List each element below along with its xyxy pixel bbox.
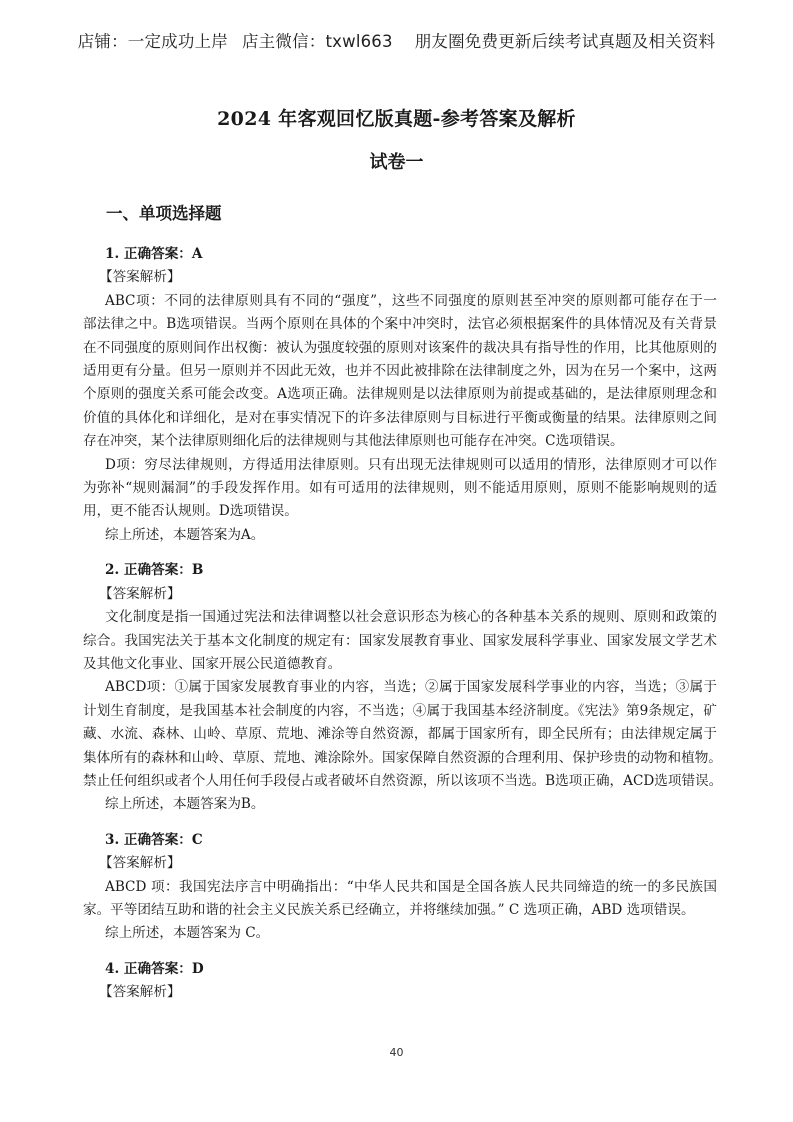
section-heading: 一、单项选择题 (106, 200, 222, 224)
text-line: 为弥补“规则漏洞”的手段发挥作用。如有可适用的法律规则，则不能适用原则，原则不能… (83, 477, 717, 500)
text-line: 个原则的强度关系可能会改变。A选项正确。法律规则是以法律原则为前提或基础的，是法… (83, 383, 717, 406)
summary-line: 综上所述，本题答案为 C。 (83, 922, 717, 945)
header-banner: 店铺：一定成功上岸店主微信：txwl663朋友圈免费更新后续考试真题及相关资料 (0, 28, 793, 52)
text-line: 文化制度是指一国通过宪法和法律调整以社会意识形态为核心的各种基本关系的规则、原则… (83, 606, 717, 629)
text-line: 价值的具体化和详细化，是对在事实情况下的许多法律原则与目标进行平衡或衡量的结果。… (83, 407, 717, 430)
correct-answer-line: 4. 正确答案：D (83, 958, 717, 981)
question-block-4: 4. 正确答案：D 【答案解析】 (83, 958, 717, 1005)
correct-answer-line: 1. 正确答案：A (83, 243, 717, 266)
analysis-label: 【答案解析】 (83, 266, 717, 289)
analysis-label: 【答案解析】 (83, 583, 717, 606)
document-subtitle: 试卷一 (0, 148, 793, 174)
question-block-3: 3. 正确答案：C 【答案解析】 ABCD 项：我国宪法序言中明确指出：“中华人… (83, 829, 717, 946)
text-line: ABCD项：①属于国家发展教育事业的内容，当选；②属于国家发展科学事业的内容，当… (83, 676, 717, 699)
summary-line: 综上所述，本题答案为A。 (83, 524, 717, 547)
analysis-paragraph: ABCD项：①属于国家发展教育事业的内容，当选；②属于国家发展科学事业的内容，当… (83, 676, 717, 793)
analysis-label: 【答案解析】 (83, 981, 717, 1004)
analysis-label: 【答案解析】 (83, 852, 717, 875)
analysis-paragraph: ABCD 项：我国宪法序言中明确指出：“中华人民共和国是全国各族人民共同缔造的统… (83, 876, 717, 923)
correct-answer-line: 2. 正确答案：B (83, 559, 717, 582)
text-line: 综合。我国宪法关于基本文化制度的规定有：国家发展教育事业、国家发展科学事业、国家… (83, 630, 717, 653)
shop-name: 店铺：一定成功上岸 (78, 28, 228, 52)
text-line: 家。平等团结互助和谐的社会主义民族关系已经确立，并将继续加强。” C 选项正确，… (83, 899, 717, 922)
text-line: 用，更不能否认规则。D选项错误。 (83, 500, 717, 523)
text-line: 藏、水流、森林、山岭、草原、荒地、滩涂等自然资源，都属于国家所有，即全民所有；由… (83, 723, 717, 746)
question-block-2: 2. 正确答案：B 【答案解析】 文化制度是指一国通过宪法和法律调整以社会意识形… (83, 559, 717, 816)
text-line: 集体所有的森林和山岭、草原、荒地、滩涂除外。国家保障自然资源的合理利用、保护珍贵… (83, 747, 717, 770)
correct-answer-line: 3. 正确答案：C (83, 829, 717, 852)
text-line: 计划生育制度，是我国基本社会制度的内容，不当选；④属于我国基本经济制度。《宪法》… (83, 700, 717, 723)
text-line: 禁止任何组织或者个人用任何手段侵占或者破坏自然资源，所以该项不当选。B选项正确，… (83, 770, 717, 793)
text-line: 存在冲突，某个法律原则细化后的法律规则与其他法律原则也可能存在冲突。C选项错误。 (83, 430, 717, 453)
analysis-paragraph: D项：穷尽法律规则，方得适用法律原则。只有出现无法律规则可以适用的情形，法律原则… (83, 454, 717, 524)
analysis-paragraph: 文化制度是指一国通过宪法和法律调整以社会意识形态为核心的各种基本关系的规则、原则… (83, 606, 717, 676)
text-line: ABCD 项：我国宪法序言中明确指出：“中华人民共和国是全国各族人民共同缔造的统… (83, 876, 717, 899)
document-title: 2024 年客观回忆版真题-参考答案及解析 (0, 104, 793, 131)
text-line: 部法律之中。B选项错误。当两个原则在具体的个案中冲突时，法官必须根据案件的具体情… (83, 313, 717, 336)
text-line: D项：穷尽法律规则，方得适用法律原则。只有出现无法律规则可以适用的情形，法律原则… (83, 454, 717, 477)
text-line: 及其他文化事业、国家开展公民道德教育。 (83, 653, 717, 676)
summary-line: 综上所述，本题答案为B。 (83, 793, 717, 816)
question-block-1: 1. 正确答案：A 【答案解析】 ABC项：不同的法律原则具有不同的“强度”，这… (83, 243, 717, 547)
analysis-paragraph: ABC项：不同的法律原则具有不同的“强度”，这些不同强度的原则甚至冲突的原则都可… (83, 290, 717, 454)
page-number: 40 (0, 1046, 793, 1059)
answer-content: 1. 正确答案：A 【答案解析】 ABC项：不同的法律原则具有不同的“强度”，这… (83, 243, 717, 1017)
text-line: ABC项：不同的法律原则具有不同的“强度”，这些不同强度的原则甚至冲突的原则都可… (83, 290, 717, 313)
text-line: 适用更有分量。但另一原则并不因此无效，也并不因此被排除在法律制度之外，因为在另一… (83, 360, 717, 383)
update-notice: 朋友圈免费更新后续考试真题及相关资料 (415, 28, 716, 52)
text-line: 在不同强度的原则间作出权衡：被认为强度较强的原则对该案件的裁决具有指导性的作用，… (83, 337, 717, 360)
wechat-contact: 店主微信：txwl663 (242, 28, 393, 52)
